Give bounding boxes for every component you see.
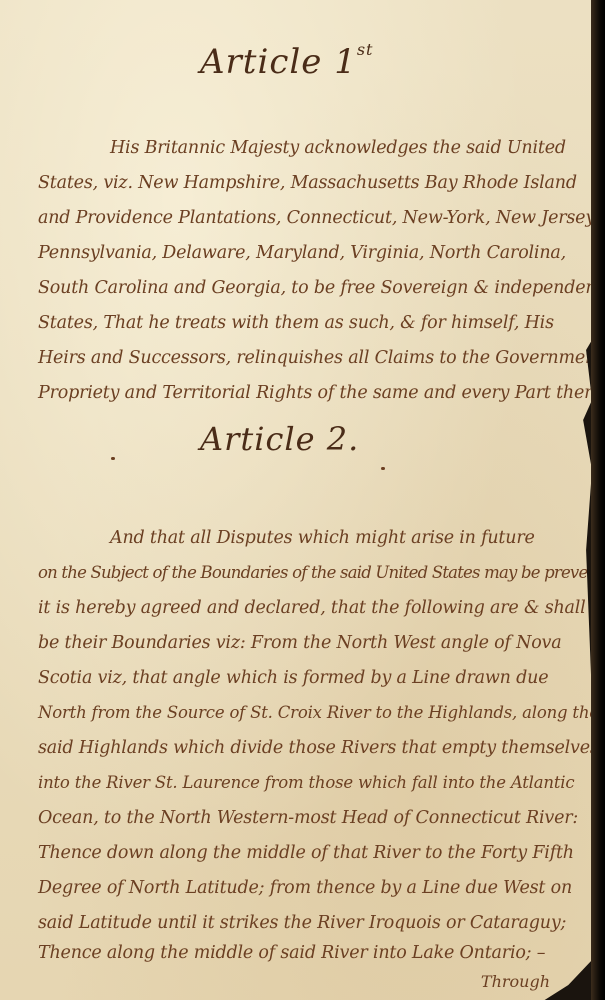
article-2-line: be their Boundaries viz: From the North … — [38, 633, 590, 653]
article-1-line: South Carolina and Georgia, to be free S… — [38, 278, 590, 298]
article-2-line: Degree of North Latitude; from thence by… — [38, 878, 590, 898]
article-2-line: on the Subject of the Boundaries of the … — [38, 563, 590, 582]
article-2-line: Scotia viz, that angle which is formed b… — [38, 668, 590, 688]
ink-blot — [111, 457, 115, 460]
article-1-line: Heirs and Successors, relinquishes all C… — [38, 348, 590, 368]
article-1-line: States, That he treats with them as such… — [38, 313, 590, 333]
article-1-line: Propriety and Territorial Rights of the … — [38, 383, 590, 403]
catchword: Through — [481, 972, 550, 991]
article-1-title: Article 1 — [200, 42, 357, 82]
ink-blot — [381, 467, 385, 470]
article-1-line: Pennsylvania, Delaware, Maryland, Virgin… — [38, 243, 590, 263]
article-1-heading: Article 1st — [200, 40, 373, 82]
article-2-line: Thence along the middle of said River in… — [38, 943, 590, 963]
article-2-line: into the River St. Laurence from those w… — [38, 773, 590, 792]
ordinal-suffix: st — [357, 40, 374, 59]
article-1-line: and Providence Plantations, Connecticut,… — [38, 208, 590, 228]
article-2-line: Thence down along the middle of that Riv… — [38, 843, 590, 863]
manuscript-page: Article 1st His Britannic Majesty acknow… — [0, 0, 592, 1000]
article-2-line: it is hereby agreed and declared, that t… — [38, 598, 590, 618]
article-1-line: States, viz. New Hampshire, Massachusett… — [38, 173, 590, 193]
article-2-line: Ocean, to the North Western-most Head of… — [38, 808, 590, 828]
article-1-line: His Britannic Majesty acknowledges the s… — [110, 138, 590, 158]
page-edge-shadow — [591, 0, 605, 1000]
article-2-line: And that all Disputes which might arise … — [110, 528, 590, 548]
article-2-line: said Latitude until it strikes the River… — [38, 913, 590, 933]
article-2-line: North from the Source of St. Croix River… — [38, 703, 590, 722]
article-2-heading: Article 2. — [200, 420, 359, 458]
article-2-line: said Highlands which divide those Rivers… — [38, 738, 590, 758]
